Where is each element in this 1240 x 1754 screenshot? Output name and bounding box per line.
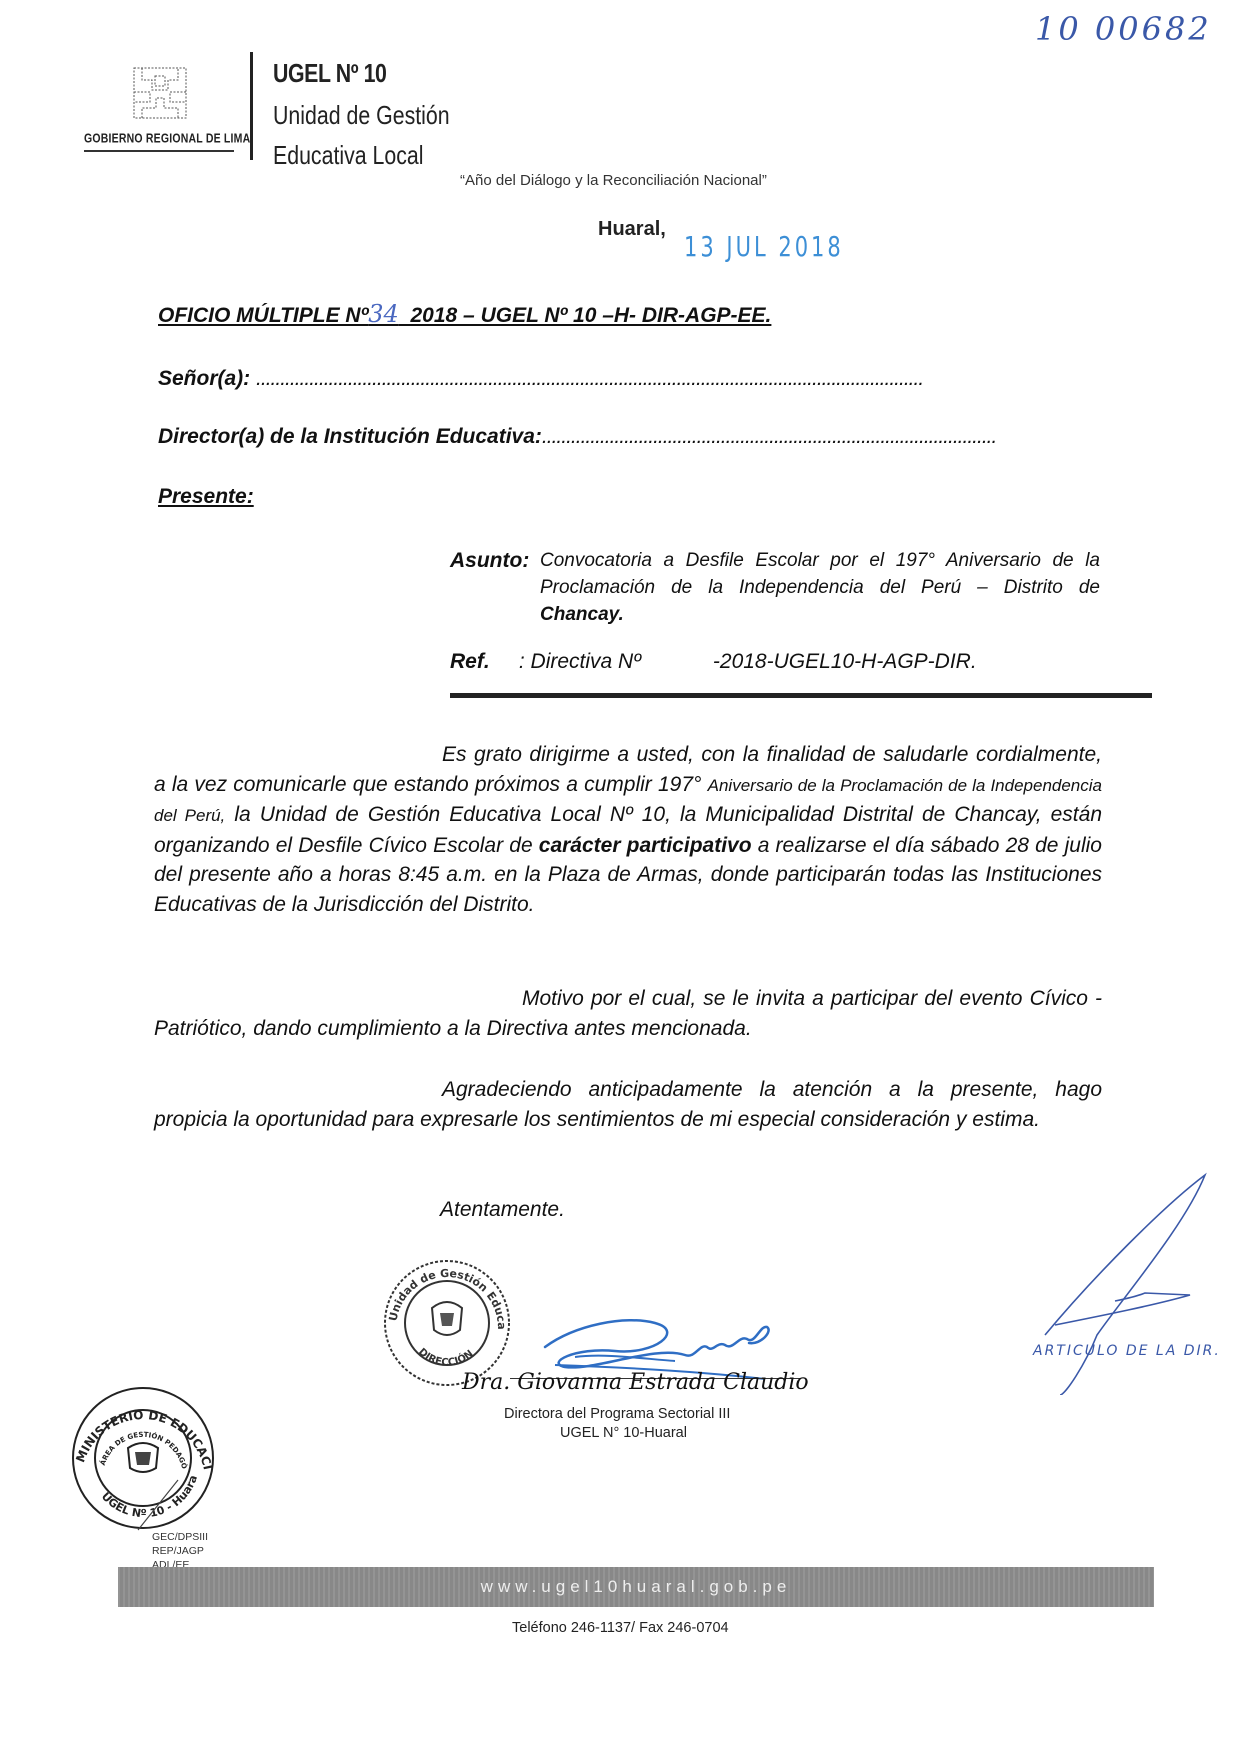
signatory-name: Dra. Giovanna Estrada Claudio <box>462 1370 809 1395</box>
subject-block: Asunto: Convocatoria a Desfile Escolar p… <box>450 547 1100 575</box>
ref-text: : Directiva Nº <box>519 650 641 673</box>
typist-initials: GEC/DPSIII REP/JAGP ADL/EE <box>152 1530 208 1572</box>
footer-band: www.ugel10huaral.gob.pe <box>118 1567 1154 1607</box>
fill-in-dots: ........................................… <box>256 367 923 390</box>
initials-line: GEC/DPSIII <box>152 1530 208 1544</box>
initials-line: REP/JAGP <box>152 1544 208 1558</box>
closing: Atentamente. <box>440 1198 565 1222</box>
header-rule <box>84 150 234 152</box>
director-label: Director(a) de la Institución Educativa: <box>158 425 542 448</box>
subject-divider <box>450 693 1152 698</box>
contact-phone: Teléfono 246-1137/ Fax 246-0704 <box>512 1620 729 1636</box>
reference-suffix: 2018 – UGEL Nº 10 –H- DIR-AGP-EE. <box>411 304 772 327</box>
asunto-text: Convocatoria a Desfile Escolar por el 19… <box>540 547 1100 628</box>
institution-field: Director(a) de la Institución Educativa:… <box>158 425 996 449</box>
signatory-office: UGEL N° 10-Huaral <box>560 1425 687 1441</box>
approval-note: ARTICULO DE LA DIR. <box>1032 1343 1221 1359</box>
header-divider <box>250 52 253 160</box>
org-subtitle-line1: Unidad de Gestión <box>273 100 450 131</box>
svg-text:DIRECCIÓN: DIRECCIÓN <box>416 1346 476 1368</box>
reference-line: Ref. : Directiva Nº-2018-UGEL10-H-AGP-DI… <box>450 650 977 674</box>
senor-label: Señor(a): <box>158 367 250 390</box>
asunto-label: Asunto: <box>450 549 529 572</box>
regional-government-logo-icon <box>130 62 190 124</box>
approval-mark-icon: ARTICULO DE LA DIR. <box>1015 1165 1240 1395</box>
document-reference: OFICIO MÚLTIPLE Nº34 2018 – UGEL Nº 10 –… <box>158 300 771 328</box>
pedagogic-area-seal-icon: MINISTERIO DE EDUCACIÓN UGEL Nº 10 - Hua… <box>68 1380 218 1535</box>
asunto-description: Convocatoria a Desfile Escolar por el 19… <box>540 550 1100 598</box>
date-stamp: 13 JUL 2018 <box>684 230 844 263</box>
paragraph-text: Agradeciendo anticipadamente la atención… <box>154 1078 1102 1131</box>
ref-code: -2018-UGEL10-H-AGP-DIR. <box>713 650 977 673</box>
ref-label: Ref. <box>450 650 490 673</box>
registry-number: 10 00682 <box>1035 10 1212 48</box>
handwritten-reference-number: 34 <box>368 300 399 328</box>
paragraph-bold-text: carácter participativo <box>539 834 752 857</box>
body-paragraph-1: Es grato dirigirme a usted, con la final… <box>154 740 1102 919</box>
direction-seal-icon: Unidad de Gestión Educativa Local DIRECC… <box>382 1258 512 1388</box>
government-label: GOBIERNO REGIONAL DE LIMA <box>84 131 250 146</box>
signatory-role: Directora del Programa Sectorial III <box>504 1406 730 1422</box>
body-paragraph-2: Motivo por el cual, se le invita a parti… <box>154 984 1102 1043</box>
reference-prefix: OFICIO MÚLTIPLE Nº <box>158 304 368 327</box>
website-link[interactable]: www.ugel10huaral.gob.pe <box>118 1577 1154 1597</box>
asunto-district: Chancay. <box>540 604 624 625</box>
paragraph-text: Motivo por el cual, se le invita a parti… <box>154 987 1102 1040</box>
dateline-place: Huaral, <box>598 218 666 241</box>
org-subtitle-line2: Educativa Local <box>273 140 424 171</box>
body-paragraph-3: Agradeciendo anticipadamente la atención… <box>154 1075 1102 1134</box>
org-title: UGEL Nº 10 <box>273 58 386 89</box>
addressee-name-field: Señor(a): ..............................… <box>158 367 923 391</box>
presente-label: Presente: <box>158 485 254 509</box>
year-motto: “Año del Diálogo y la Reconciliación Nac… <box>460 172 767 189</box>
fill-in-dots: ........................................… <box>542 425 996 448</box>
